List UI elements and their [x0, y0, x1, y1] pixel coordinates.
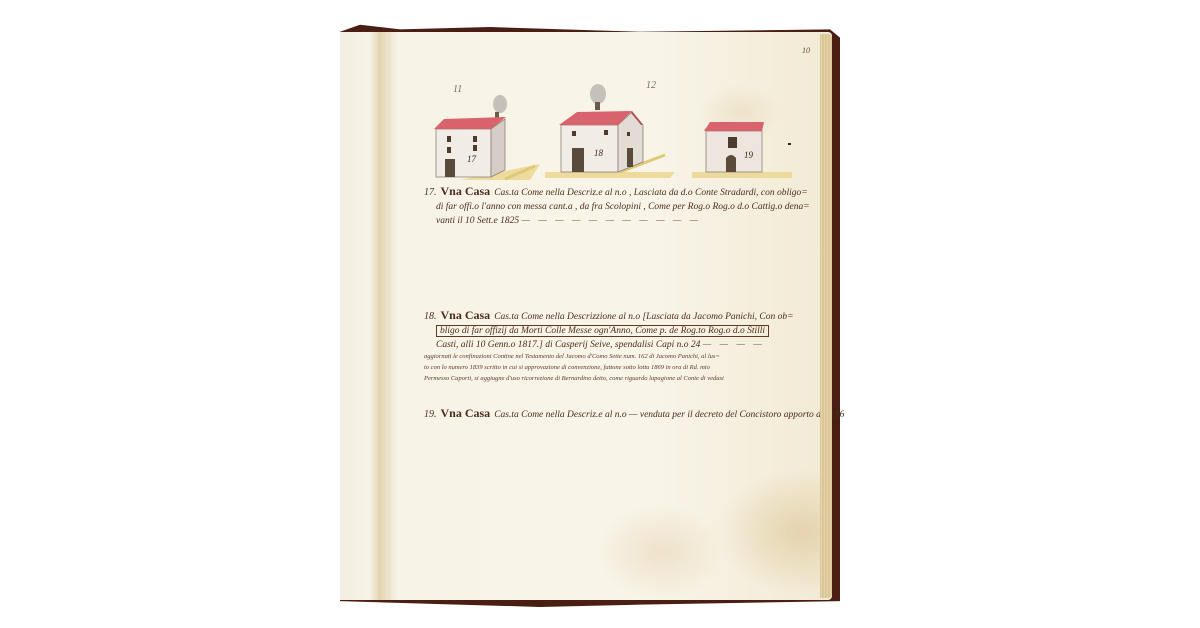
entry-17-line-3: vanti il 10 Sett.e 1825: [436, 216, 519, 226]
entry-19-lead: Vna Casa: [441, 406, 491, 420]
entry-19-line-1: Cas.ta Come nella Descriz.e al n.o — ven…: [494, 410, 844, 420]
entry-18-note-line-3: Permesso Caporti, si aggiugne d'uso rico…: [424, 373, 844, 384]
entry-18-number: 18.: [424, 311, 437, 322]
entry-18-line-2: bligo di far offizij da Morti Colle Mess…: [436, 325, 769, 337]
entry-17-dashes: — — — — — — — — — — —: [522, 216, 702, 226]
house-17-drawing: 17: [420, 84, 540, 184]
folio-number: 10: [802, 46, 810, 55]
house-19-drawing: 19: [692, 110, 792, 180]
page-edges: [820, 34, 832, 598]
entry-17-number: 17.: [424, 187, 437, 198]
left-page-edge: [340, 32, 382, 600]
entry-18-lead: Vna Casa: [441, 308, 491, 322]
house-19-icon: [692, 110, 792, 180]
house-17-number: 17: [467, 154, 476, 164]
manuscript-page: 10 11 12: [380, 32, 832, 600]
house-drawings: 11 12 17: [420, 80, 840, 200]
entry-18-line-3: Casti, alli 10 Genn.o 1817.] di Casperij…: [436, 340, 700, 350]
entry-18-dashes: — — — —: [703, 340, 765, 350]
house-18-icon: [545, 80, 675, 180]
entry-17-line-2: di far offi.o l'anno con messa cant.a , …: [424, 200, 844, 214]
entry-18-note: aggiornati le confinazioni Contine nel T…: [424, 351, 844, 384]
entry-17-lead: Vna Casa: [441, 184, 491, 198]
entry-17-line-1: Cas.ta Come nella Descriz.e al n.o , Las…: [494, 188, 807, 198]
manuscript-book: 10 11 12: [340, 20, 840, 607]
entry-19-number: 19.: [424, 409, 437, 420]
house-17-icon: [420, 84, 540, 184]
house-18-number: 18: [594, 148, 603, 158]
house-19-number: 19: [744, 150, 753, 160]
entry-18: 18.Vna CasaCas.ta Come nella Descrizzion…: [424, 308, 844, 352]
entry-17: 17.Vna CasaCas.ta Come nella Descriz.e a…: [424, 184, 844, 228]
entry-19: 19.Vna CasaCas.ta Come nella Descriz.e a…: [424, 406, 844, 422]
entry-18-line-1: Cas.ta Come nella Descrizzione al n.o [L…: [494, 312, 793, 322]
entry-18-note-line-2: to con lo numero 1839 scritto in cui si …: [424, 362, 844, 373]
entry-18-note-line-1: aggiornati le confinazioni Contine nel T…: [424, 351, 844, 362]
house-18-drawing: 18: [545, 80, 675, 180]
